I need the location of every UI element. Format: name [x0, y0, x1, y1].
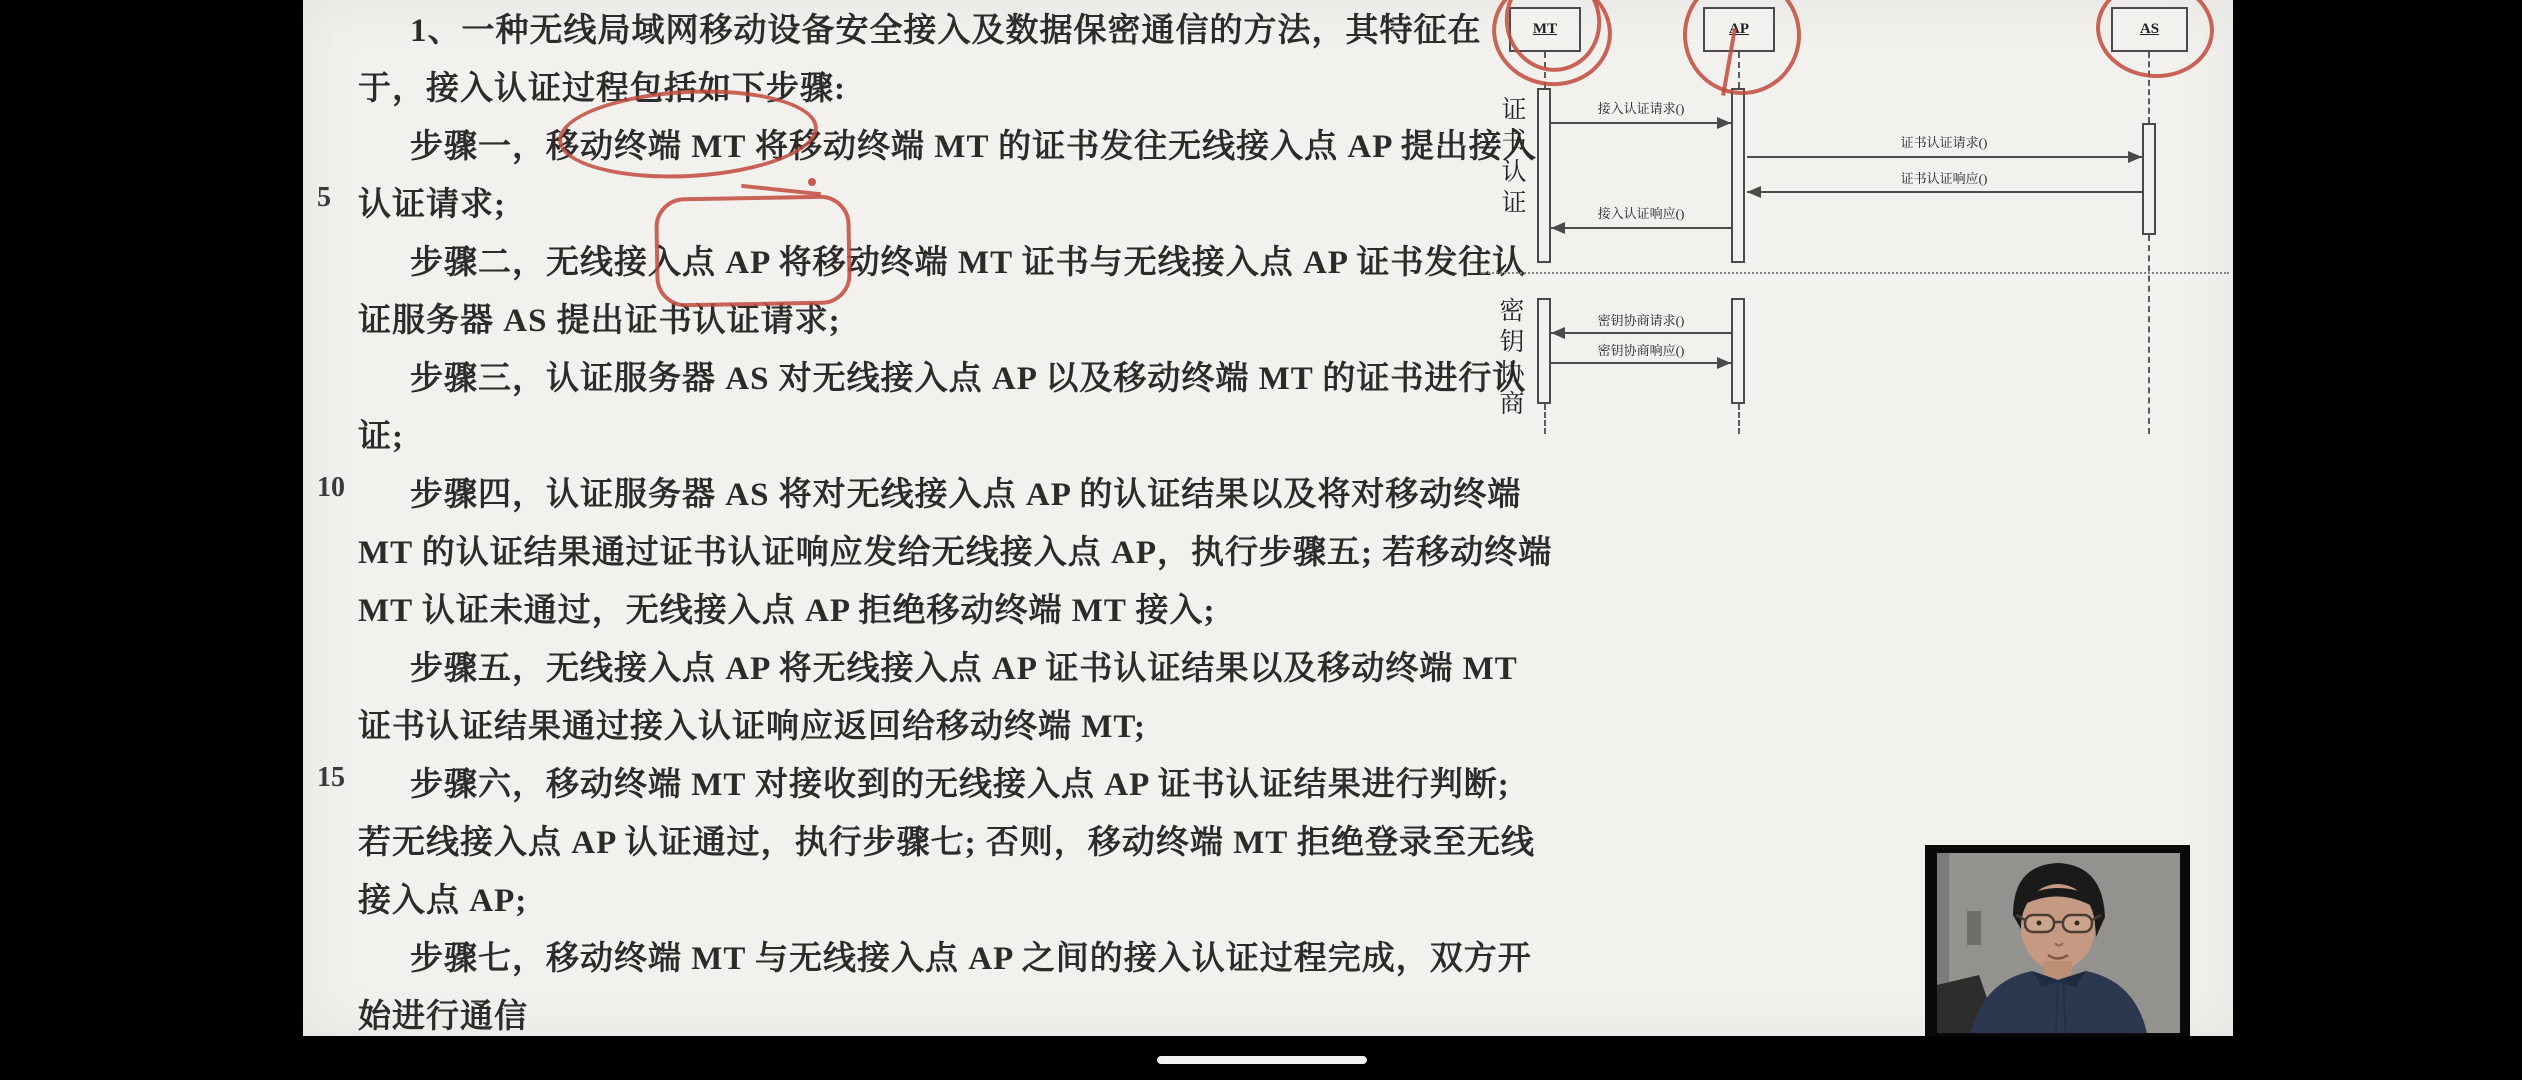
message-arrow — [1551, 362, 1731, 364]
arrowhead-right-icon — [1717, 117, 1731, 129]
presenter-avatar — [1937, 853, 2180, 1033]
claim-text-line: 认证请求; — [358, 178, 506, 225]
claim-text-line: 证书认证结果通过接入认证响应返回给移动终端 MT; — [358, 700, 1146, 747]
message-label: 接入认证响应() — [1598, 203, 1685, 222]
lifeline-ap — [1738, 404, 1740, 434]
claim-text-line: 步骤七，移动终端 MT 与无线接入点 AP 之间的接入认证过程完成，双方开 — [410, 932, 1532, 979]
activation-bar-ap — [1731, 298, 1745, 404]
message-arrow — [1747, 156, 2142, 158]
pen-stroke — [741, 184, 821, 196]
message-label: 证书认证请求() — [1901, 132, 1988, 151]
arrowhead-left-icon — [1551, 327, 1565, 339]
claim-text-line: 步骤二，无线接入点 AP 将移动终端 MT 证书与无线接入点 AP 证书发往认 — [410, 236, 1526, 283]
claim-text-line: 步骤五，无线接入点 AP 将无线接入点 AP 证书认证结果以及移动终端 MT — [410, 642, 1518, 689]
message-arrow — [1747, 191, 2142, 193]
home-indicator[interactable] — [1157, 1056, 1367, 1064]
arrowhead-left-icon — [1747, 186, 1761, 198]
activation-bar-as — [2142, 123, 2156, 235]
message-label: 密钥协商响应() — [1598, 340, 1685, 359]
arrowhead-left-icon — [1551, 222, 1565, 234]
claim-text-line: 步骤三，认证服务器 AS 对无线接入点 AP 以及移动终端 MT 的证书进行认 — [410, 352, 1526, 399]
pen-circle-actor-as — [2093, 0, 2218, 82]
message-arrow — [1551, 227, 1731, 229]
lifeline-mt — [1544, 404, 1546, 434]
pen-dot — [808, 178, 816, 186]
message-label: 密钥协商请求() — [1598, 310, 1685, 329]
claim-text-line: 步骤四，认证服务器 AS 将对无线接入点 AP 的认证结果以及将对移动终端 — [410, 468, 1521, 515]
webcam-video — [1937, 853, 2180, 1033]
claim-text-line: 证; — [358, 410, 404, 457]
message-arrow — [1551, 122, 1731, 124]
activation-bar-ap — [1731, 88, 1745, 263]
activation-bar-mt — [1537, 88, 1551, 263]
video-frame: { "colors": { "screen_bg": "#000000", "p… — [0, 0, 2522, 1080]
webcam-window — [1925, 845, 2190, 1037]
claim-text-line: 步骤六，移动终端 MT 对接收到的无线接入点 AP 证书认证结果进行判断; — [410, 758, 1510, 805]
claim-text-line: 1、一种无线局域网移动设备安全接入及数据保密通信的方法，其特征在 — [410, 4, 1482, 51]
activation-bar-mt — [1537, 298, 1551, 404]
claim-text-line: 始进行通信 — [358, 990, 528, 1037]
pen-circle-step2-ap — [654, 194, 852, 307]
message-arrow — [1551, 332, 1731, 334]
margin-line-number: 10 — [317, 472, 345, 504]
section-separator — [1481, 272, 2229, 274]
pen-circle-actor-ap — [1677, 0, 1807, 101]
message-label: 接入认证请求() — [1598, 98, 1685, 117]
claim-text-line: MT 的认证结果通过证书认证响应发给无线接入点 AP，执行步骤五; 若移动终端 — [358, 526, 1552, 573]
section-label-certificate-auth: 证书认证 — [1493, 96, 1529, 220]
arrowhead-right-icon — [1717, 357, 1731, 369]
claim-text-line: MT 认证未通过，无线接入点 AP 拒绝移动终端 MT 接入; — [358, 584, 1216, 631]
message-label: 证书认证响应() — [1901, 168, 1988, 187]
arrowhead-right-icon — [2128, 151, 2142, 163]
margin-line-number: 15 — [317, 762, 345, 794]
section-label-key-negotiation: 密钥协商 — [1491, 297, 1527, 421]
claim-text-line: 接入点 AP; — [358, 874, 527, 921]
lifeline-as — [2148, 235, 2150, 434]
margin-line-number: 5 — [317, 182, 331, 214]
claim-text-line: 若无线接入点 AP 认证通过，执行步骤七; 否则，移动终端 MT 拒绝登录至无线 — [358, 816, 1535, 863]
